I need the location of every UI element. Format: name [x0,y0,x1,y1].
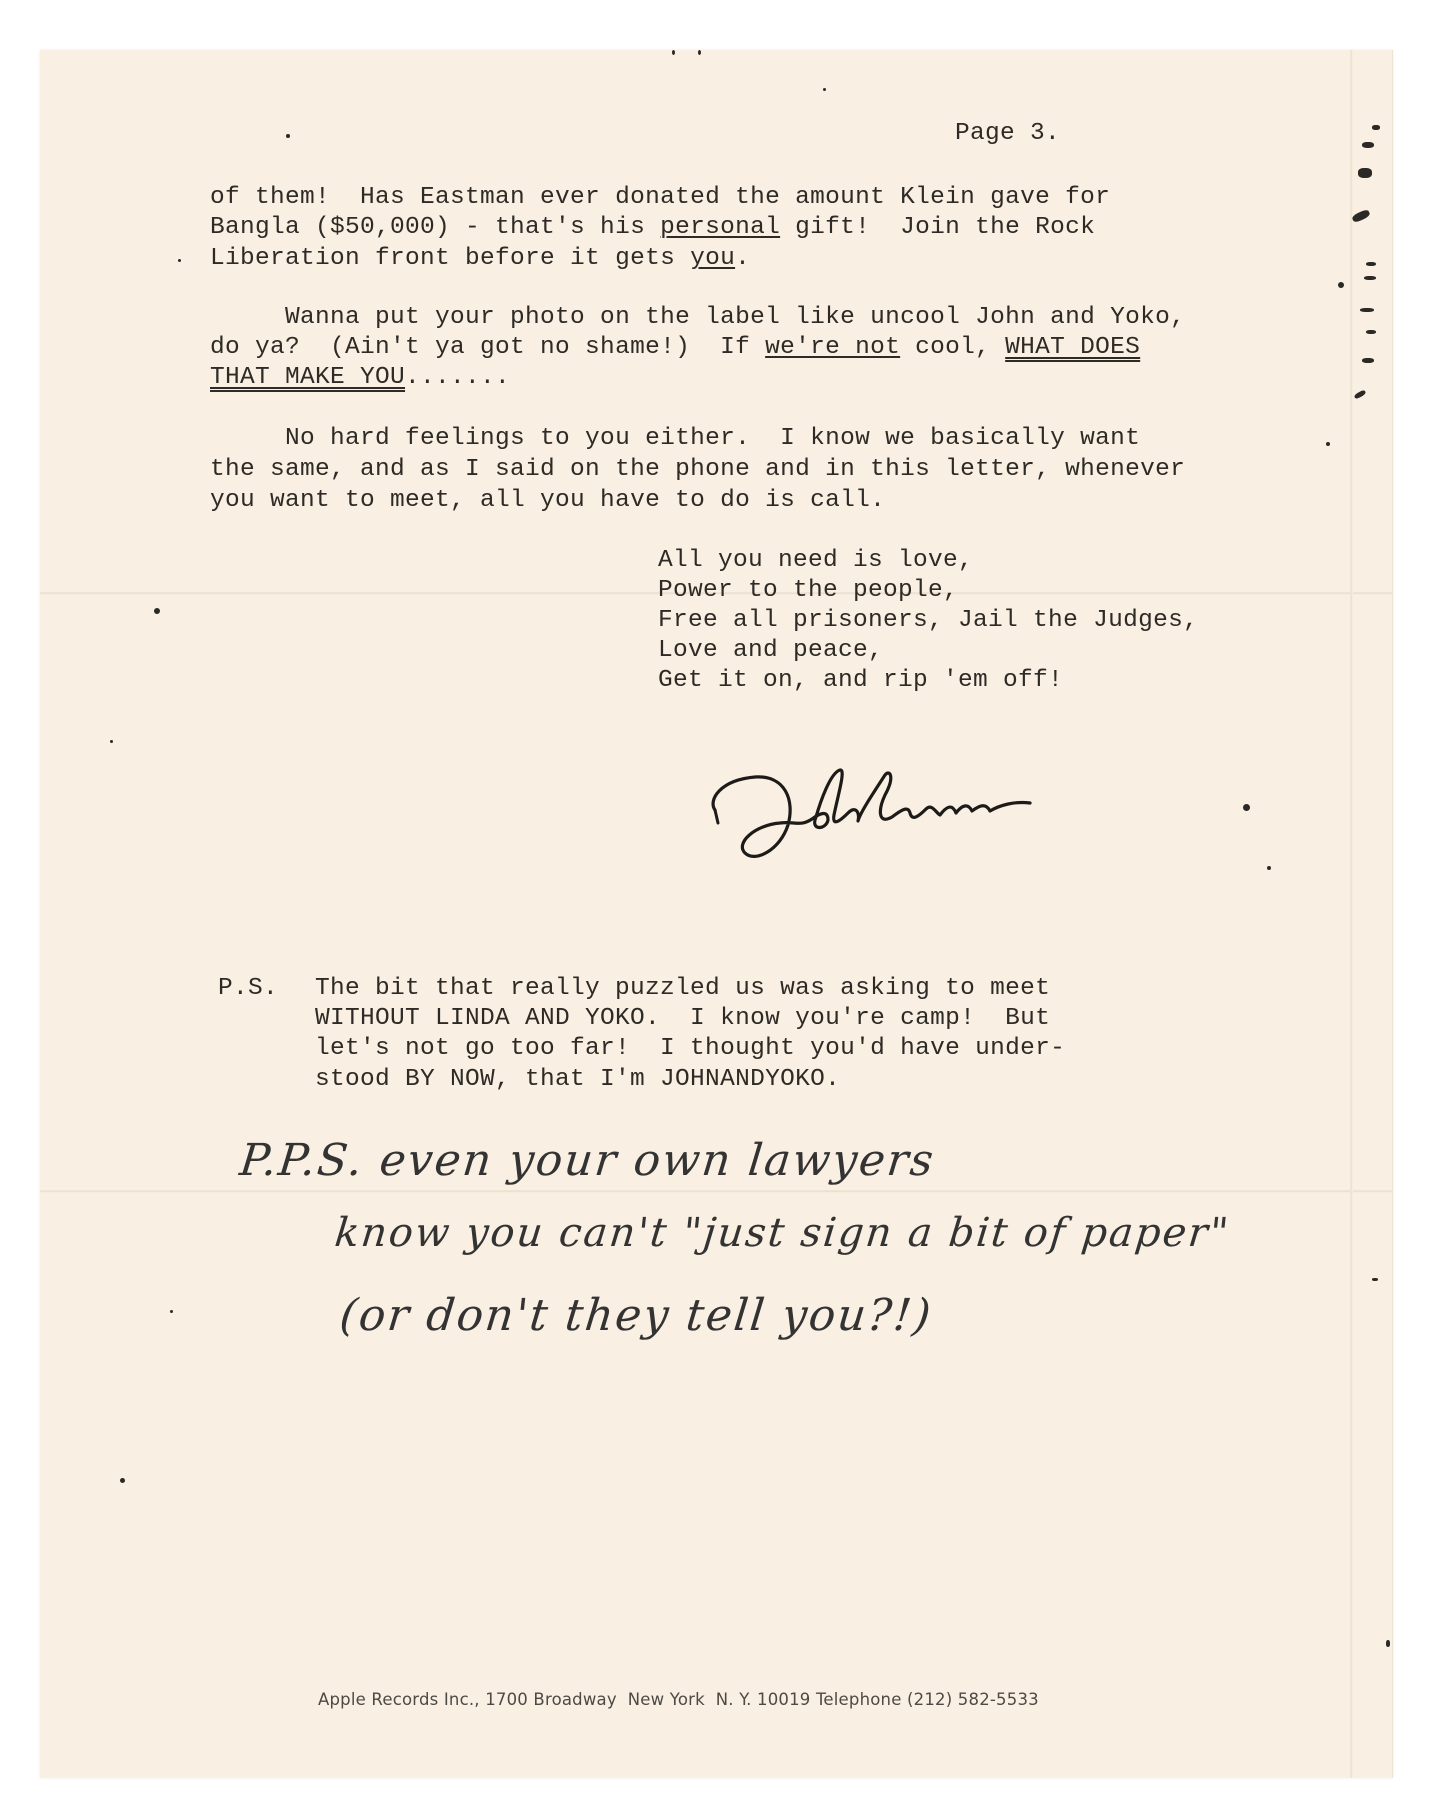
pps-line: P.P.S. even your own lawyers [237,1135,937,1186]
text: . [735,245,750,272]
fold-line-right [1350,50,1353,1778]
speck [120,1478,125,1483]
speck [698,50,701,55]
edge-mark [1372,1278,1378,1281]
edge-mark [1338,282,1344,288]
speck [286,134,290,138]
pps-line: know you can't "just sign a bit of paper… [333,1210,1233,1256]
underlined-text: you [690,245,735,272]
closing-line: Free all prisoners, Jail the Judges, [658,605,1198,636]
edge-mark [1372,125,1380,130]
text: Bangla ($50,000) - that's his [210,214,660,241]
fold-line-lower [40,1190,1392,1193]
text: cool, [900,334,1005,361]
ps-label: P.S. [218,973,278,1004]
ps-line: WITHOUT LINDA AND YOKO. I know you're ca… [315,1003,1050,1034]
p1-line-3: Liberation front before it gets you. [210,243,750,274]
p2-line-1: Wanna put your photo on the label like u… [210,302,1185,333]
edge-mark [1360,308,1374,312]
pps-line: (or don't they tell you?!) [337,1290,935,1341]
text: ....... [405,364,510,391]
speck [1326,442,1330,446]
speck [154,608,160,614]
letterhead-footer: Apple Records Inc., 1700 Broadway New Yo… [318,1690,1039,1709]
p1-line-2: Bangla ($50,000) - that's his personal g… [210,212,1095,243]
p2-line-3: THAT MAKE YOU....... [210,362,510,393]
ps-line: The bit that really puzzled us was askin… [315,973,1050,1004]
edge-mark [1362,142,1374,148]
ps-line: stood BY NOW, that I'm JOHNANDYOKO. [315,1064,840,1095]
speck [823,88,826,91]
closing-line: Love and peace, [658,635,883,666]
closing-line: All you need is love, [658,545,973,576]
text: gift! Join the Rock [780,214,1095,241]
ps-line: let's not go too far! I thought you'd ha… [315,1033,1065,1064]
speck [178,259,181,262]
closing-line: Get it on, and rip 'em off! [658,665,1063,696]
p2-line-2: do ya? (Ain't ya got no shame!) If we're… [210,332,1140,363]
speck [110,740,113,743]
p3-line-2: the same, and as I said on the phone and… [210,454,1185,485]
text: Liberation front before it gets [210,245,690,272]
edge-mark [1366,330,1376,334]
speck [1267,866,1271,870]
p1-line-1: of them! Has Eastman ever donated the am… [210,182,1110,213]
p3-line-1: No hard feelings to you either. I know w… [210,423,1140,454]
speck [672,50,675,55]
closing-line: Power to the people, [658,575,958,606]
edge-mark [1358,168,1372,178]
underlined-text: we're not [765,334,900,361]
edge-mark [1366,262,1376,266]
text: do ya? (Ain't ya got no shame!) If [210,334,765,361]
p3-line-3: you want to meet, all you have to do is … [210,485,885,516]
ink-dot [1243,804,1250,811]
edge-mark [1364,276,1376,280]
edge-mark [1386,1640,1390,1647]
double-underlined-text: WHAT DOES [1005,334,1140,361]
edge-mark [1362,358,1374,363]
page-number: Page 3. [955,118,1060,149]
double-underlined-text: THAT MAKE YOU [210,364,405,391]
signature-john-lennon: John Lennon [700,755,1140,870]
speck [170,1310,173,1313]
underlined-text: personal [660,214,780,241]
